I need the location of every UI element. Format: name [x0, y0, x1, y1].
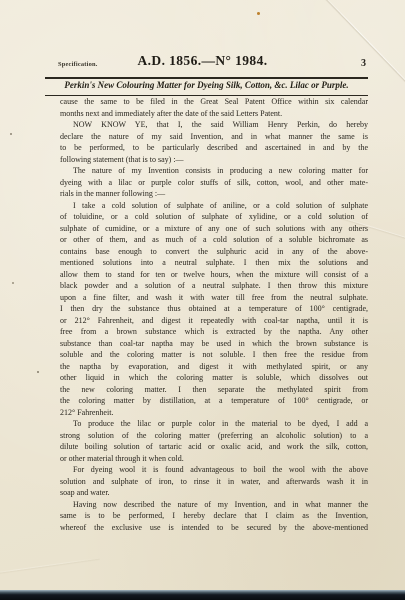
line-text: black powder and a solution of a neutral…: [60, 281, 368, 290]
text-line: dilute boiling solution of tartaric acid…: [60, 441, 368, 453]
paper-speck: [37, 371, 39, 373]
line-text: to be performed, to be particularly desc…: [60, 143, 368, 152]
body-text: cause the same to be filed in the Great …: [60, 96, 368, 533]
line-text: rials in the manner following :—: [60, 189, 165, 198]
text-line: 25other liquid in which the coloring mat…: [60, 372, 368, 384]
line-text: mentioned solutions into a neutral sulph…: [60, 258, 368, 267]
paper-speck: [12, 282, 14, 284]
paper-speck: [257, 12, 260, 15]
line-text: soap and water.: [60, 488, 110, 497]
text-line: substance than coal-tar naptha may be us…: [60, 338, 368, 350]
text-line: declare the nature of my said Invention,…: [60, 131, 368, 143]
line-text: allow them to stand for ten or twelve ho…: [60, 270, 368, 279]
text-line: NOW KNOW YE, that I, the said William He…: [60, 119, 368, 131]
text-line: allow them to stand for ten or twelve ho…: [60, 269, 368, 281]
text-line: sulphate of cumidine, or a mixture of an…: [60, 223, 368, 235]
line-text: other liquid in which the coloring matte…: [60, 373, 368, 382]
text-line: the new coloring matter. I then separate…: [60, 384, 368, 396]
text-line: 15mentioned solutions into a neutral sul…: [60, 257, 368, 269]
line-text: upon a fine filter, and wash it with wat…: [60, 293, 368, 302]
line-text: months next and immediately after the da…: [60, 109, 282, 118]
text-line: upon a fine filter, and wash it with wat…: [60, 292, 368, 304]
paper-crease-bottom-left: [0, 558, 99, 576]
line-text: soluble and the coloring matter is not s…: [60, 350, 368, 359]
text-line: or other material through it when cold.: [60, 453, 368, 465]
title-rule-top: [45, 77, 368, 79]
line-text: dyeing with a lilac or purple color stuf…: [60, 178, 368, 187]
line-text: or 212° Fahrenheit, and digest it repeat…: [60, 316, 368, 325]
text-line: or other of them, and as much of a cold …: [60, 234, 368, 246]
line-text: To produce the lilac or purple color in …: [73, 419, 368, 428]
line-text: I take a cold solution of sulphate of an…: [73, 201, 368, 210]
line-text: the coloring matter by distillation, at …: [60, 396, 368, 405]
line-text: of toluidine, or a cold solution of sulp…: [60, 212, 368, 221]
line-text: the naptha by evaporation, and digest it…: [60, 362, 368, 371]
line-text: 212° Fahrenheit.: [60, 408, 113, 417]
line-text: Having now described the nature of my In…: [73, 500, 368, 509]
text-line: months next and immediately after the da…: [60, 108, 368, 120]
text-line: 5to be performed, to be particularly des…: [60, 142, 368, 154]
paper-speck: [10, 133, 12, 135]
text-line: following statement (that is to say) :—: [60, 154, 368, 166]
line-text: the new coloring matter. I then separate…: [60, 385, 368, 394]
text-line: The nature of my Invention consists in p…: [60, 165, 368, 177]
text-line: black powder and a solution of a neutral…: [60, 280, 368, 292]
line-text: or other material through it when cold.: [60, 454, 184, 463]
line-text: contains base enough to convert the sulp…: [60, 247, 368, 256]
text-line: same is to be performed, I hereby declar…: [60, 510, 368, 522]
line-text: NOW KNOW YE, that I, the said William He…: [73, 120, 368, 129]
patent-heading: A.D. 1856.—N° 1984.: [0, 53, 405, 69]
line-text: cause the same to be filed in the Great …: [60, 97, 368, 106]
text-line: the coloring matter by distillation, at …: [60, 395, 368, 407]
text-line: I then dry the substance thus obtained a…: [60, 303, 368, 315]
text-line: 212° Fahrenheit.: [60, 407, 368, 419]
text-line: For dyeing wool it is found advantageous…: [60, 464, 368, 476]
text-line: of toluidine, or a cold solution of sulp…: [60, 211, 368, 223]
line-text: substance than coal-tar naptha may be us…: [60, 339, 368, 348]
line-text: I then dry the substance thus obtained a…: [60, 304, 368, 313]
line-text: whereof the exclusive use is intended to…: [60, 523, 368, 532]
line-text: The nature of my Invention consists in p…: [73, 166, 368, 175]
page-number: 3: [361, 58, 366, 69]
text-line: solution and sulphate of iron, to rinse …: [60, 476, 368, 488]
text-line: 20or 212° Fahrenheit, and digest it repe…: [60, 315, 368, 327]
scan-edge: [0, 590, 405, 600]
text-line: contains base enough to convert the sulp…: [60, 246, 368, 258]
document-subtitle: Perkin's New Colouring Matter for Dyeing…: [45, 80, 368, 90]
text-line: 30strong solution of the coloring matter…: [60, 430, 368, 442]
text-line: rials in the manner following :—: [60, 188, 368, 200]
line-text: free from a brown substance which is ext…: [60, 327, 368, 336]
text-line: the naptha by evaporation, and digest it…: [60, 361, 368, 373]
line-text: sulphate of cumidine, or a mixture of an…: [60, 224, 368, 233]
text-line: To produce the lilac or purple color in …: [60, 418, 368, 430]
line-text: For dyeing wool it is found advantageous…: [73, 465, 368, 474]
text-line: whereof the exclusive use is intended to…: [60, 522, 368, 534]
line-text: declare the nature of my said Invention,…: [60, 132, 368, 141]
text-line: dyeing with a lilac or purple color stuf…: [60, 177, 368, 189]
text-line: Having now described the nature of my In…: [60, 499, 368, 511]
text-line: 35soap and water.: [60, 487, 368, 499]
text-line: cause the same to be filed in the Great …: [60, 96, 368, 108]
line-text: following statement (that is to say) :—: [60, 155, 184, 164]
text-line: free from a brown substance which is ext…: [60, 326, 368, 338]
line-text: dilute boiling solution of tartaric acid…: [60, 442, 368, 451]
line-text: strong solution of the coloring matter (…: [60, 431, 368, 440]
line-text: or other of them, and as much of a cold …: [60, 235, 368, 244]
line-text: solution and sulphate of iron, to rinse …: [60, 477, 368, 486]
text-line: soluble and the coloring matter is not s…: [60, 349, 368, 361]
scanned-page: Specification. A.D. 1856.—N° 1984. 3 Per…: [0, 0, 405, 600]
text-line: 10I take a cold solution of sulphate of …: [60, 200, 368, 212]
line-text: same is to be performed, I hereby declar…: [60, 511, 368, 520]
